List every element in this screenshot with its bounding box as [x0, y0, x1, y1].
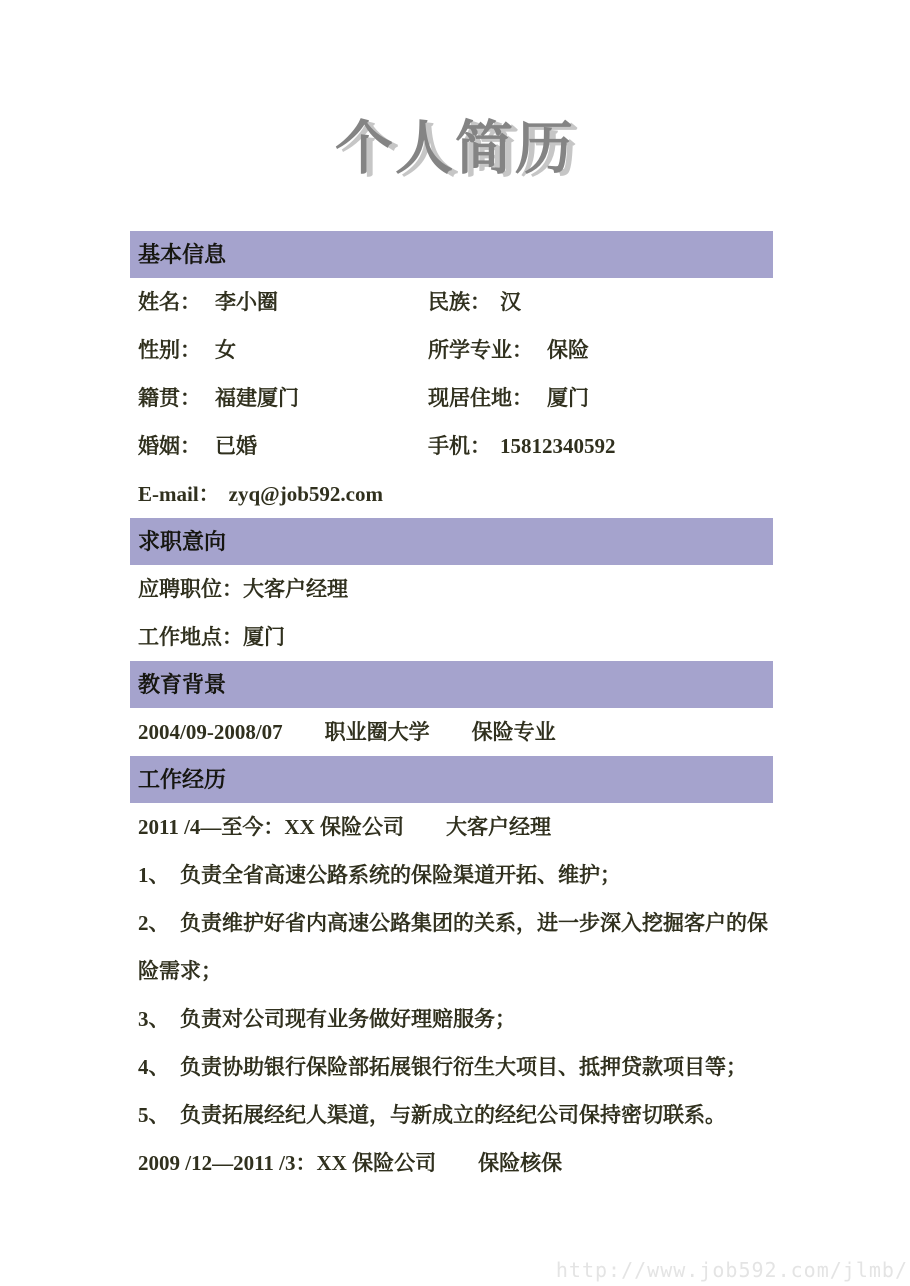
job-entry-2-heading: 2009 /12—2011 /3：XX 保险公司保险核保 [130, 1139, 773, 1187]
watermark-url: http://www.job592.com/jlmb/ [556, 1258, 908, 1282]
field-phone-label: 手机： [428, 434, 491, 458]
field-desired-position-value: 大客户经理 [243, 577, 348, 601]
job-entry-1-duty-2: 2、 负责维护好省内高速公路集团的关系，进一步深入挖掘客户的保险需求； [130, 899, 773, 995]
field-native-place: 籍贯：福建厦门 [138, 374, 428, 422]
education-period: 2004/09-2008/07 [138, 720, 283, 744]
job-entry-2-period-company: 2009 /12—2011 /3：XX 保险公司 [138, 1151, 436, 1175]
job-entry-1-period-company: 2011 /4—至今：XX 保险公司 [138, 815, 404, 839]
page-title: 个人简历 [0, 114, 910, 184]
job-entry-1-duty-5: 5、 负责拓展经纪人渠道，与新成立的经纪公司保持密切联系。 [130, 1091, 773, 1139]
field-ethnicity-value: 汉 [500, 290, 521, 314]
field-residence-value: 厦门 [547, 386, 589, 410]
field-ethnicity-label: 民族： [428, 290, 491, 314]
job-entry-1-title: 大客户经理 [446, 815, 551, 839]
field-major-value: 保险 [547, 338, 589, 362]
field-name-value: 李小圈 [215, 290, 278, 314]
basic-info-row-origin-residence: 籍贯：福建厦门 现居住地：厦门 [130, 374, 773, 422]
field-email-value: zyq@job592.com [229, 482, 383, 506]
job-entry-2-title: 保险核保 [478, 1151, 562, 1175]
field-phone-value: 15812340592 [500, 434, 616, 458]
section-header-education: 教育背景 [130, 661, 773, 708]
field-residence: 现居住地：厦门 [428, 374, 773, 422]
field-ethnicity: 民族：汉 [428, 278, 773, 326]
basic-info-row-name-ethnic: 姓名：李小圈 民族：汉 [130, 278, 773, 326]
resume-content: 基本信息 姓名：李小圈 民族：汉 性别：女 所学专业：保险 籍贯：福建厦门 现居… [130, 231, 773, 1187]
field-native-place-label: 籍贯： [138, 386, 201, 410]
field-marital-status: 婚姻：已婚 [138, 422, 428, 470]
field-email: E-mail：zyq@job592.com [130, 470, 773, 518]
field-phone: 手机：15812340592 [428, 422, 773, 470]
field-gender-label: 性别： [138, 338, 201, 362]
field-native-place-value: 福建厦门 [215, 386, 299, 410]
field-desired-position: 应聘职位：大客户经理 [130, 565, 773, 613]
field-marital-status-value: 已婚 [215, 434, 257, 458]
field-desired-position-label: 应聘职位： [138, 577, 243, 601]
field-residence-label: 现居住地： [428, 386, 533, 410]
job-entry-1-duty-1: 1、 负责全省高速公路系统的保险渠道开拓、维护； [130, 851, 773, 899]
basic-info-row-marriage-phone: 婚姻：已婚 手机：15812340592 [130, 422, 773, 470]
section-header-work-experience: 工作经历 [130, 756, 773, 803]
job-entry-1-duty-4: 4、 负责协助银行保险部拓展银行衍生大项目、抵押贷款项目等； [130, 1043, 773, 1091]
job-entry-1-heading: 2011 /4—至今：XX 保险公司大客户经理 [130, 803, 773, 851]
section-header-job-objective: 求职意向 [130, 518, 773, 565]
field-email-label: E-mail： [138, 482, 220, 506]
job-entry-1-duty-3: 3、 负责对公司现有业务做好理赔服务； [130, 995, 773, 1043]
field-major: 所学专业：保险 [428, 326, 773, 374]
section-header-basic-info: 基本信息 [130, 231, 773, 278]
field-name-label: 姓名： [138, 290, 201, 314]
basic-info-row-gender-major: 性别：女 所学专业：保险 [130, 326, 773, 374]
education-school: 职业圈大学 [325, 720, 430, 744]
field-gender-value: 女 [215, 338, 236, 362]
field-major-label: 所学专业： [428, 338, 533, 362]
resume-page: 个人简历 基本信息 姓名：李小圈 民族：汉 性别：女 所学专业：保险 籍贯：福建… [0, 0, 910, 1286]
field-gender: 性别：女 [138, 326, 428, 374]
education-major: 保险专业 [472, 720, 556, 744]
education-entry: 2004/09-2008/07职业圈大学保险专业 [130, 708, 773, 756]
field-work-location-value: 厦门 [243, 625, 285, 649]
field-marital-status-label: 婚姻： [138, 434, 201, 458]
field-work-location: 工作地点：厦门 [130, 613, 773, 661]
field-work-location-label: 工作地点： [138, 625, 243, 649]
field-name: 姓名：李小圈 [138, 278, 428, 326]
